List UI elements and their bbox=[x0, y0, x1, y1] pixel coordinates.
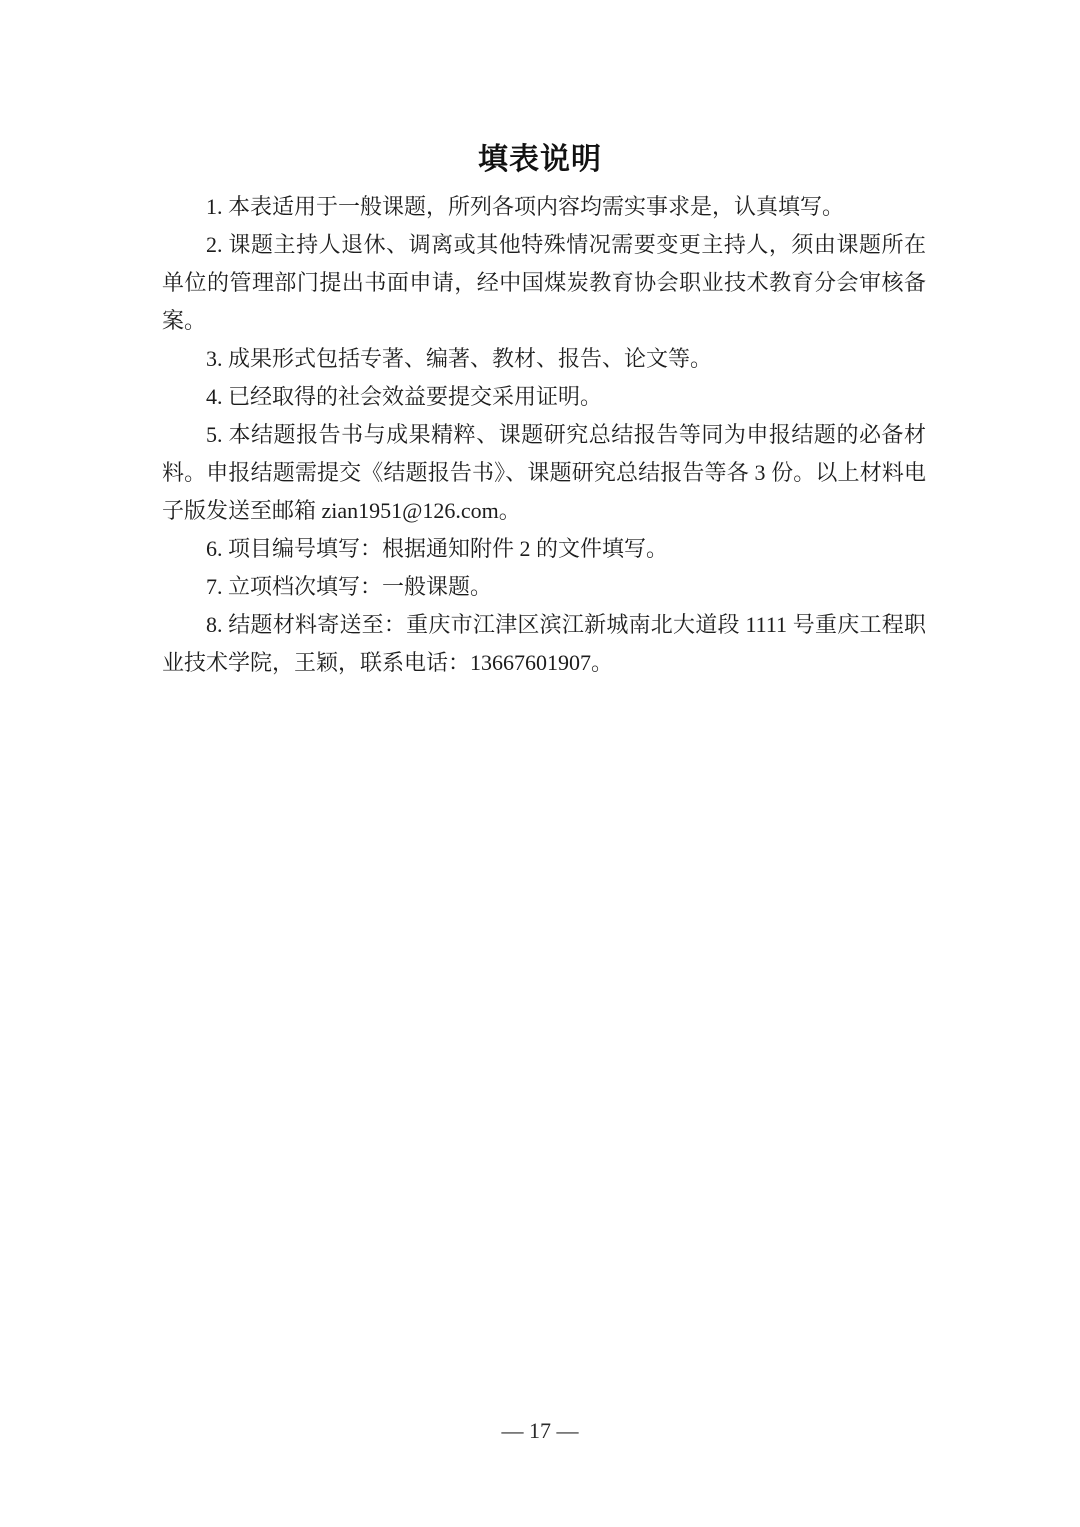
instruction-item-6: 6. 项目编号填写：根据通知附件 2 的文件填写。 bbox=[162, 530, 926, 568]
instruction-item-2: 2. 课题主持人退休、调离或其他特殊情况需要变更主持人，须由课题所在单位的管理部… bbox=[162, 226, 926, 340]
page-number: — 17 — bbox=[0, 1418, 1080, 1444]
page-title: 填表说明 bbox=[0, 134, 1080, 178]
instruction-item-1: 1. 本表适用于一般课题，所列各项内容均需实事求是，认真填写。 bbox=[162, 188, 926, 226]
instruction-item-7: 7. 立项档次填写：一般课题。 bbox=[162, 568, 926, 606]
instruction-item-3: 3. 成果形式包括专著、编著、教材、报告、论文等。 bbox=[162, 340, 926, 378]
document-page: 填表说明 1. 本表适用于一般课题，所列各项内容均需实事求是，认真填写。 2. … bbox=[0, 0, 1080, 1527]
instruction-item-4: 4. 已经取得的社会效益要提交采用证明。 bbox=[162, 378, 926, 416]
instruction-item-5: 5. 本结题报告书与成果精粹、课题研究总结报告等同为申报结题的必备材料。申报结题… bbox=[162, 416, 926, 530]
instructions-list: 1. 本表适用于一般课题，所列各项内容均需实事求是，认真填写。 2. 课题主持人… bbox=[162, 188, 926, 682]
instruction-item-8: 8. 结题材料寄送至：重庆市江津区滨江新城南北大道段 1111 号重庆工程职业技… bbox=[162, 606, 926, 682]
